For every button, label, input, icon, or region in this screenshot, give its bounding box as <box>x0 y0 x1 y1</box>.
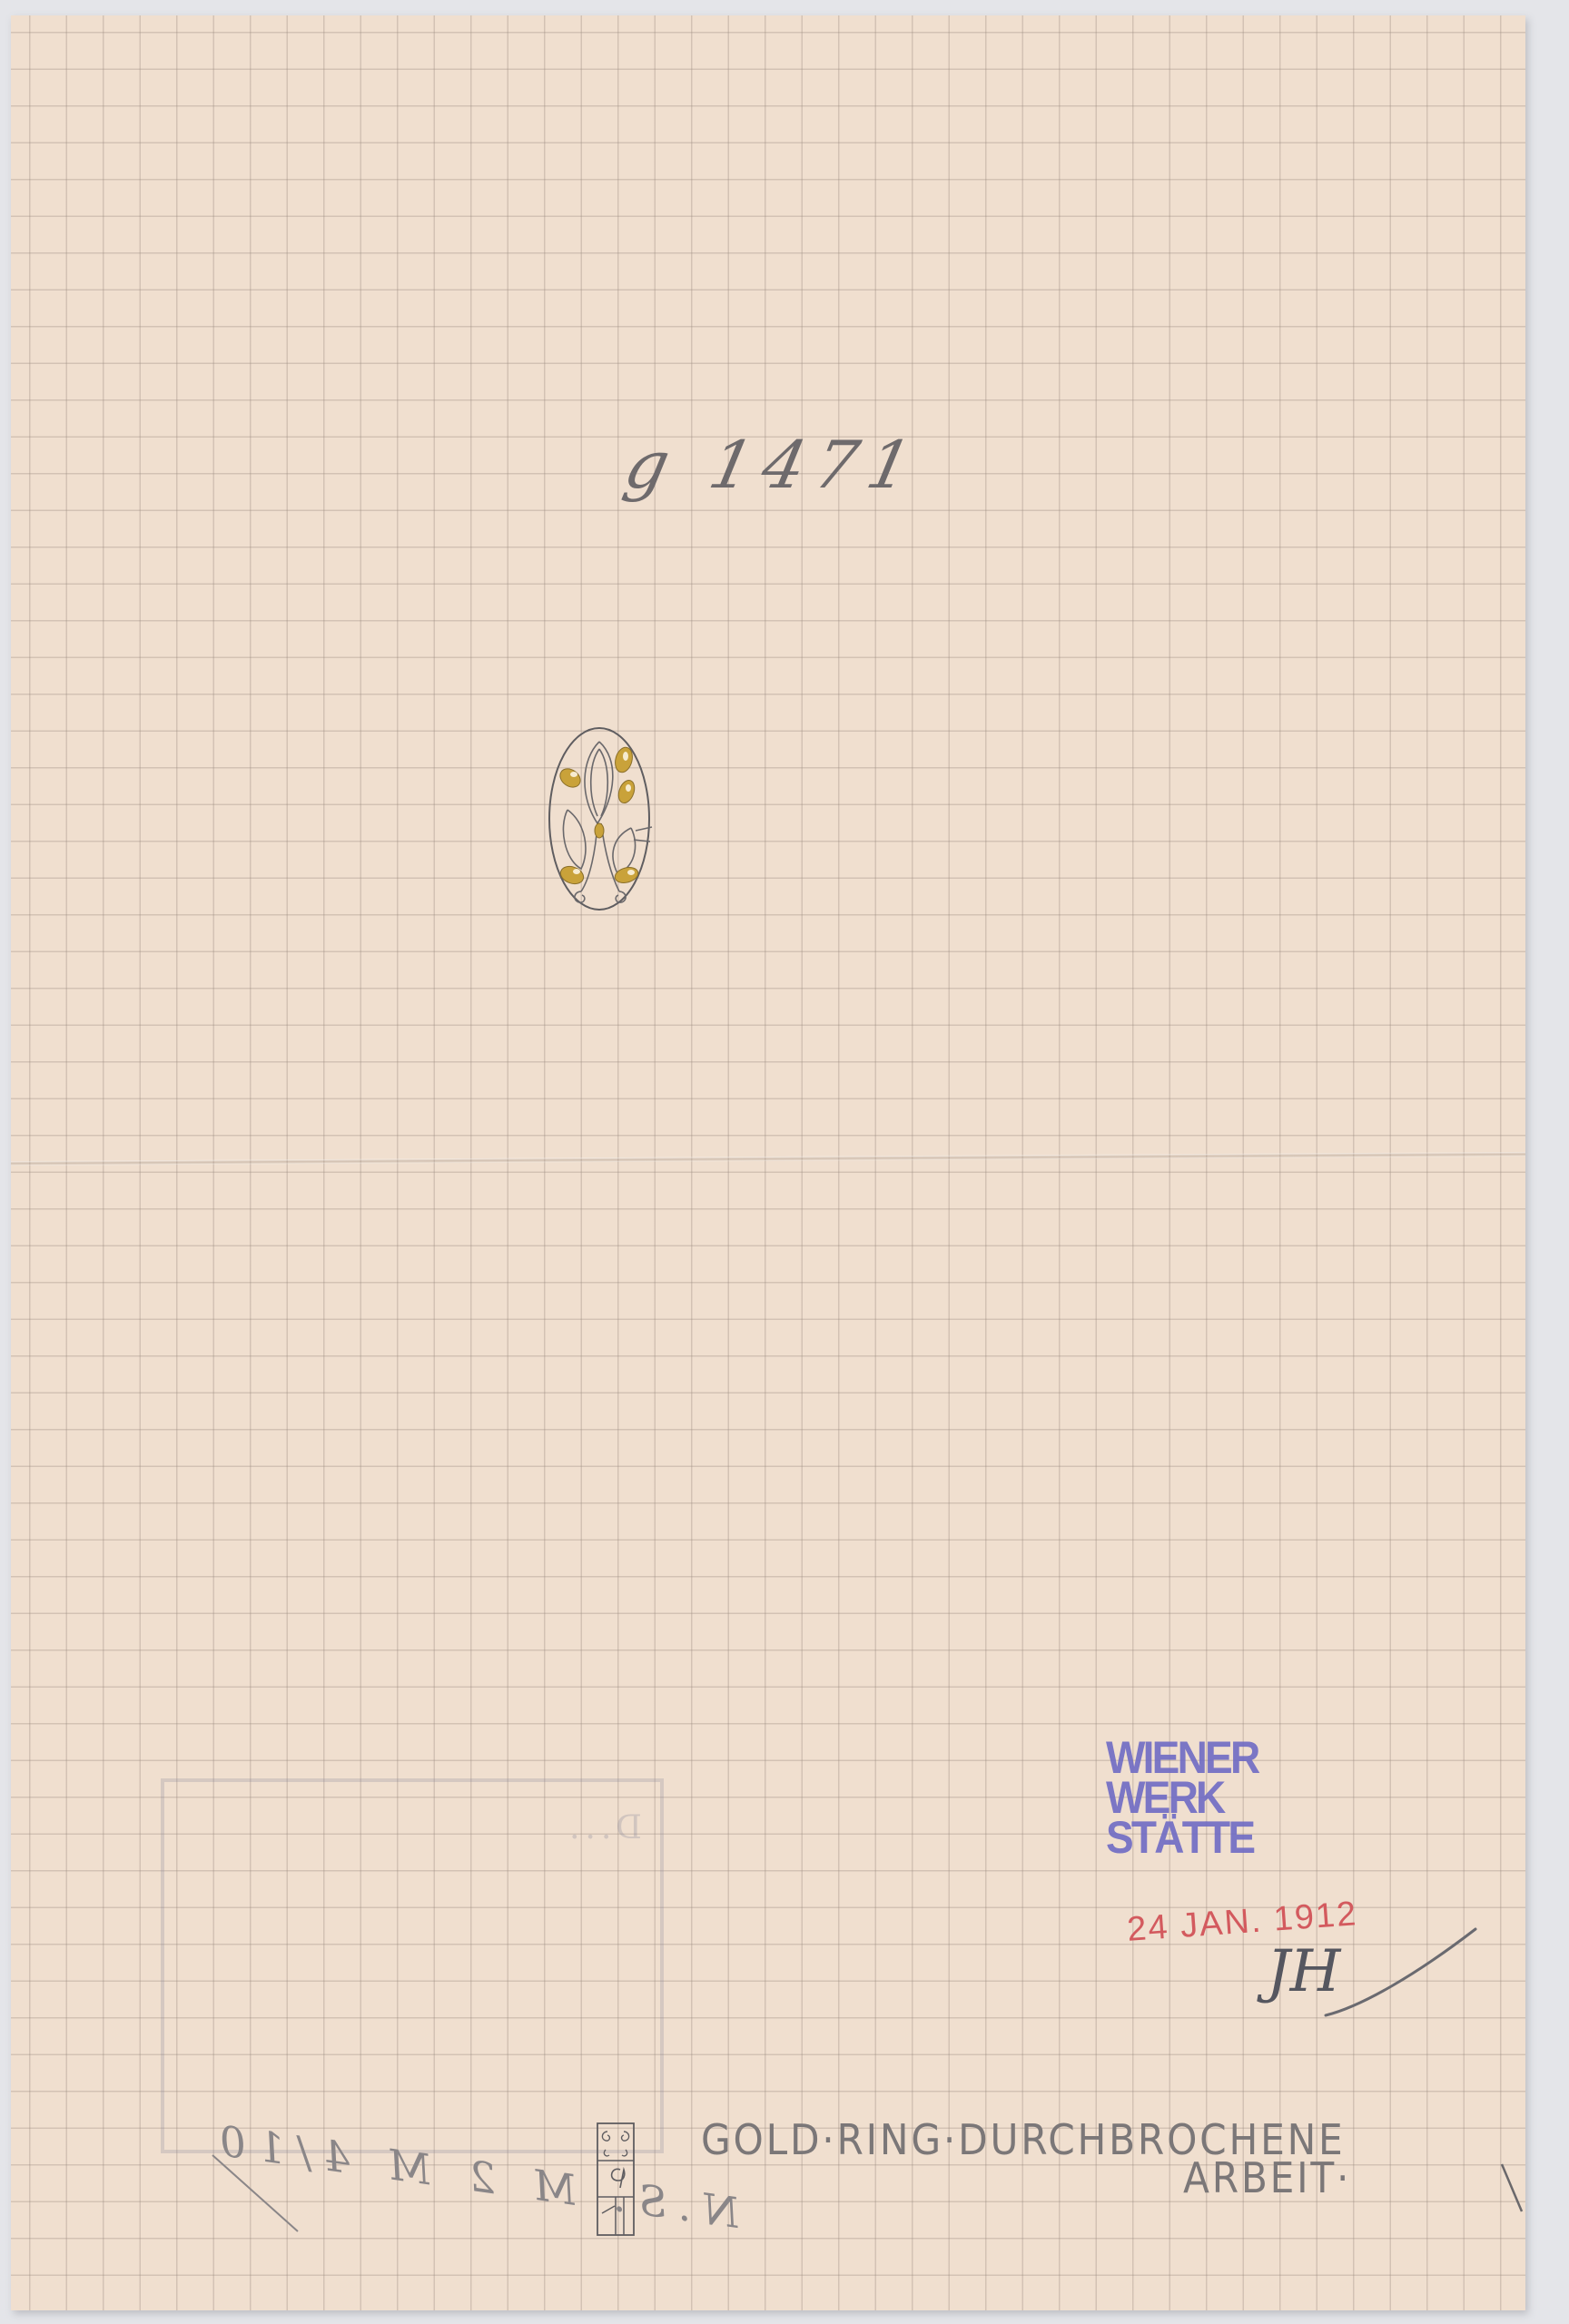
slash-stroke-icon <box>211 2153 301 2235</box>
caption-line-2: ARBEIT· <box>1183 2153 1351 2202</box>
ww-monogram-icon <box>597 2122 635 2236</box>
faint-offset-stamp: D... <box>161 1778 664 2153</box>
pencil-tick-icon <box>1498 2161 1525 2215</box>
pencil-check-mark-icon <box>1262 1925 1480 2024</box>
faint-stamp-text: D... <box>564 1809 642 1846</box>
wiener-werkstaette-stamp: WIENER WERK STÄTTE <box>1106 1738 1252 1857</box>
inventory-number: g 1471 <box>618 427 929 503</box>
ring-sketch-icon <box>545 724 654 914</box>
paper-fold-crease <box>11 1152 1525 1166</box>
stamp-line-3: STÄTTE <box>1106 1817 1252 1857</box>
